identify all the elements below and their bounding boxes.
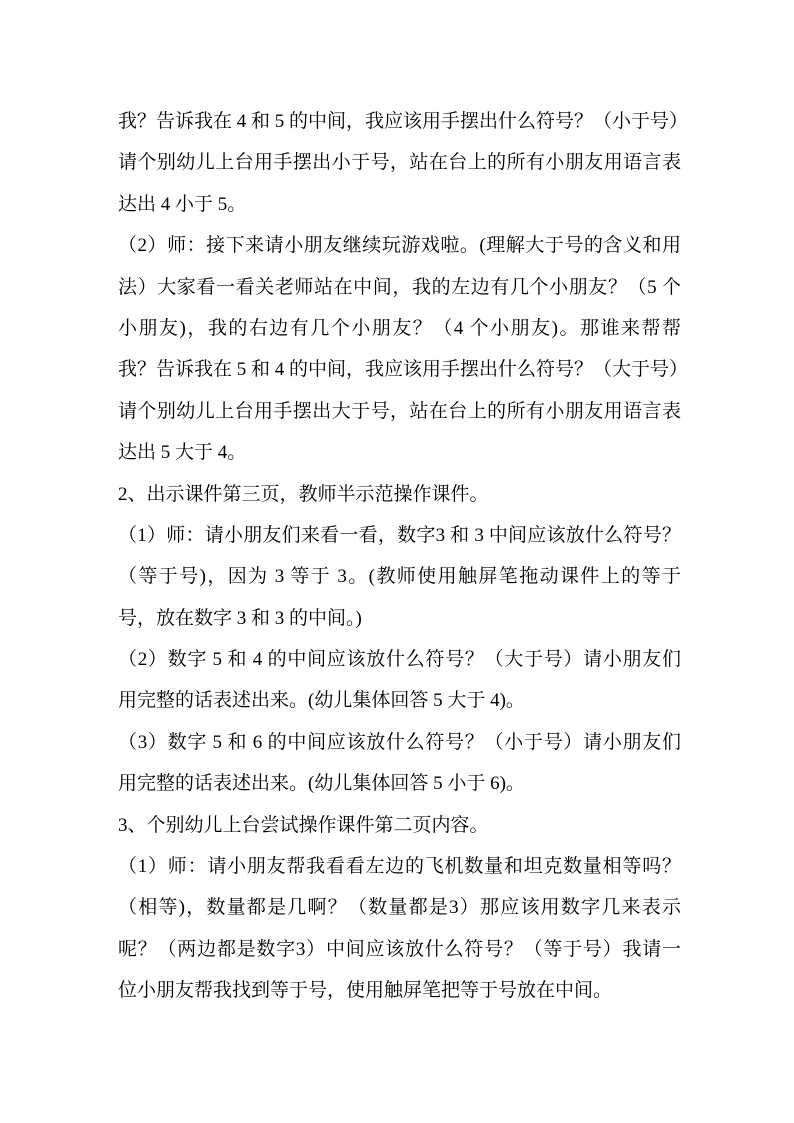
text-line: 用完整的话表述出来。(幼儿集体回答 5 小于 6)。 (118, 763, 681, 804)
text-line: 请个别幼儿上台用手摆出大于号，站在台上的所有小朋友用语言表 (118, 391, 681, 432)
text-line: 达出 5 大于 4。 (118, 432, 681, 473)
text-line: 请个别幼儿上台用手摆出小于号，站在台上的所有小朋友用语言表 (118, 142, 681, 183)
text-line: 用完整的话表述出来。(幼儿集体回答 5 大于 4)。 (118, 680, 681, 721)
text-line: （3）数字 5 和 6 的中间应该放什么符号？（小于号）请小朋友们 (118, 722, 681, 763)
text-line: 我？告诉我在 5 和 4 的中间，我应该用手摆出什么符号？（大于号） (118, 349, 681, 390)
text-line: （1）师：请小朋友帮我看看左边的飞机数量和坦克数量相等吗？ (118, 846, 681, 887)
text-line: 2、出示课件第三页，教师半示范操作课件。 (118, 474, 681, 515)
text-line: （等于号)，因为 3 等于 3。(教师使用触屏笔拖动课件上的等于 (118, 556, 681, 597)
text-line: （1）师：请小朋友们来看一看，数字3 和 3 中间应该放什么符号？ (118, 515, 681, 556)
text-line: （2）师：接下来请小朋友继续玩游戏啦。(理解大于号的含义和用 (118, 225, 681, 266)
text-line: 位小朋友帮我找到等于号，使用触屏笔把等于号放在中间。 (118, 970, 681, 1011)
document-page: 我？告诉我在 4 和 5 的中间，我应该用手摆出什么符号？（小于号） 请个别幼儿… (0, 0, 794, 1123)
text-line: 号，放在数字 3 和 3 的中间。) (118, 598, 681, 639)
document-body: 我？告诉我在 4 和 5 的中间，我应该用手摆出什么符号？（小于号） 请个别幼儿… (118, 101, 681, 1012)
text-line: 法）大家看一看关老师站在中间，我的左边有几个小朋友？（5 个 (118, 267, 681, 308)
text-line: 呢？（两边都是数字3）中间应该放什么符号？（等于号）我请一 (118, 929, 681, 970)
text-line: 小朋友)，我的右边有几个小朋友？（4 个小朋友)。那谁来帮帮 (118, 308, 681, 349)
text-line: 达出 4 小于 5。 (118, 184, 681, 225)
text-line: 3、个别幼儿上台尝试操作课件第二页内容。 (118, 805, 681, 846)
text-line: （2）数字 5 和 4 的中间应该放什么符号？（大于号）请小朋友们 (118, 639, 681, 680)
text-line: 我？告诉我在 4 和 5 的中间，我应该用手摆出什么符号？（小于号） (118, 101, 681, 142)
text-line: （相等)，数量都是几啊？（数量都是3）那应该用数字几来表示 (118, 887, 681, 928)
